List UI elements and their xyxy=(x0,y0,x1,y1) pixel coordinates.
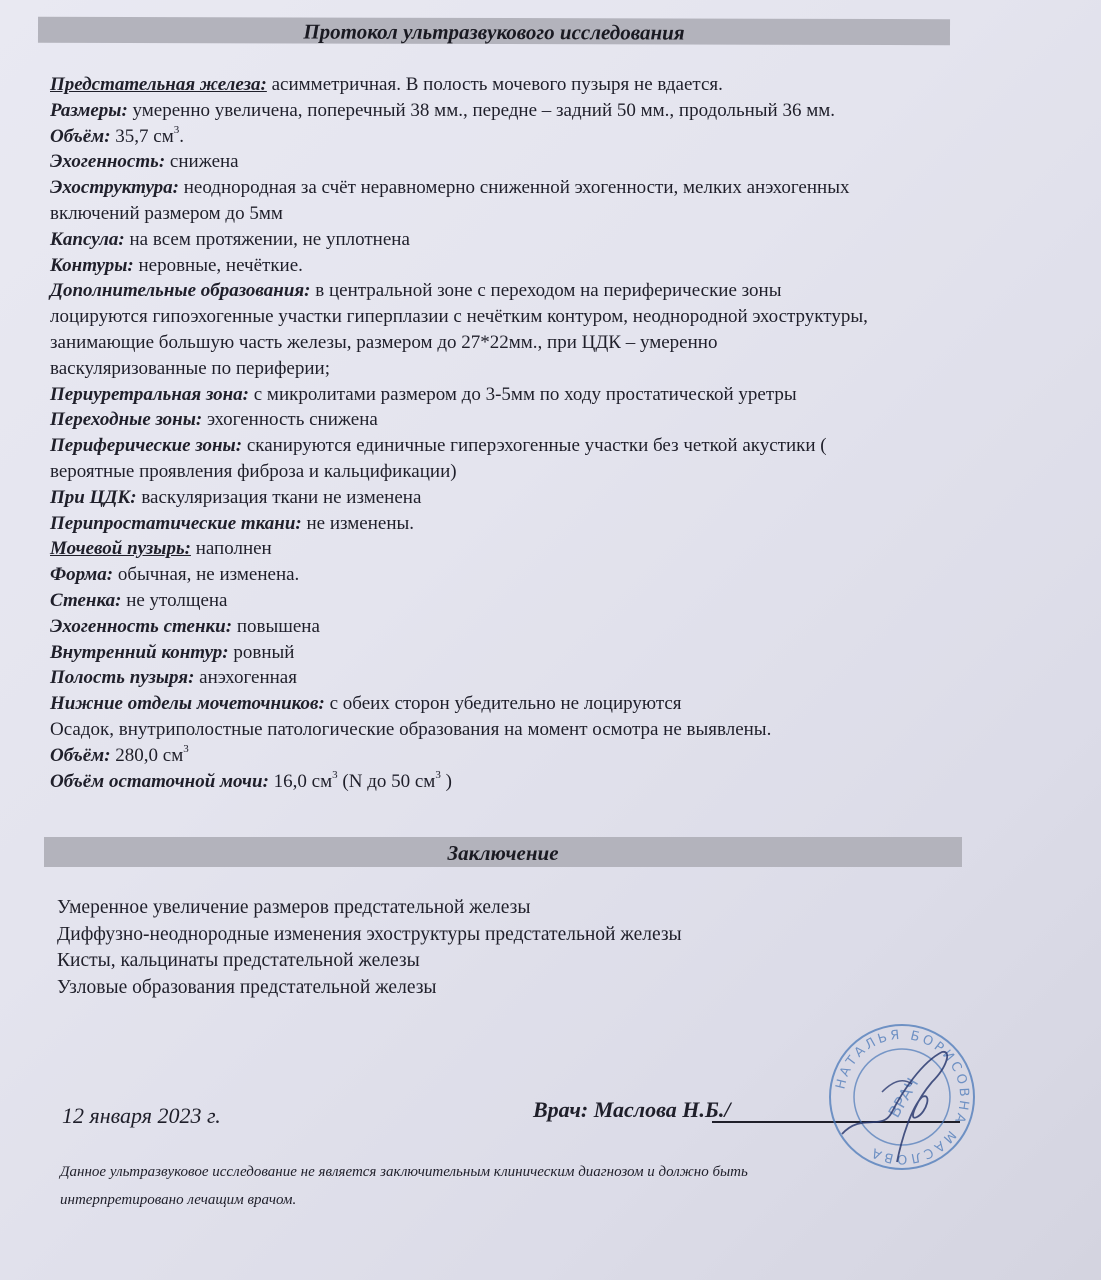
field-peripheral-zones: Периферические зоны: сканируются единичн… xyxy=(50,433,1090,459)
field-label: Эхогенность стенки: xyxy=(50,616,232,637)
disclaimer: Данное ультразвуковое исследование не яв… xyxy=(60,1158,748,1214)
field-continuation: лоцируются гипоэхогенные участки гиперпл… xyxy=(50,304,1090,330)
field-volume: Объём: 35,7 см3. xyxy=(50,124,1090,150)
field-value: неровные, нечёткие. xyxy=(134,255,303,276)
disclaimer-line: интерпретировано лечащим врачом. xyxy=(60,1186,748,1214)
field-value: с обеих сторон убедительно не лоцируются xyxy=(325,693,682,714)
field-periurethral-zone: Периуретральная зона: с микролитами разм… xyxy=(50,382,1090,408)
bladder-note: Осадок, внутриполостные патологические о… xyxy=(50,717,1090,743)
conclusion-item: Диффузно-неоднородные изменения эхострук… xyxy=(57,922,682,949)
field-capsule: Капсула: на всем протяжении, не уплотнен… xyxy=(50,227,1090,253)
field-echostructure: Эхоструктура: неоднородная за счёт нерав… xyxy=(50,175,1090,201)
field-label: Объём: xyxy=(50,126,111,147)
conclusion-list: Умеренное увеличение размеров предстател… xyxy=(57,895,682,1001)
doctor-name: Врач: Маслова Н.Б./ xyxy=(533,1097,730,1123)
ultrasound-report-page: Протокол ультразвукового исследования Пр… xyxy=(0,0,1101,1280)
field-value: эхогенность снижена xyxy=(202,409,378,430)
doctor-stamp-icon: НАТАЛЬЯ БОРИСОВНА МАСЛОВА ВРАЧ xyxy=(822,1022,982,1172)
field-label: Объём: xyxy=(50,745,111,766)
report-title-band: Протокол ультразвукового исследования xyxy=(38,17,950,45)
report-date: 12 января 2023 г. xyxy=(62,1103,221,1129)
field-size: Размеры: умеренно увеличена, поперечный … xyxy=(50,98,1090,124)
field-value: анэхогенная xyxy=(194,667,297,688)
field-label: Периферические зоны: xyxy=(50,435,242,456)
conclusion-item: Узловые образования предстательной желез… xyxy=(57,975,682,1002)
field-shape: Форма: обычная, не изменена. xyxy=(50,562,1090,588)
field-label: Эхоструктура: xyxy=(50,177,179,198)
field-value: умеренно увеличена, поперечный 38 мм., п… xyxy=(128,100,835,121)
field-bladder-volume: Объём: 280,0 см3 xyxy=(50,743,1090,769)
field-value: не изменены. xyxy=(302,513,414,534)
bladder-heading-line: Мочевой пузырь: наполнен xyxy=(50,536,1090,562)
field-value: ровный xyxy=(229,642,295,663)
field-label: Форма: xyxy=(50,564,113,585)
field-bladder-cavity: Полость пузыря: анэхогенная xyxy=(50,665,1090,691)
field-label: Полость пузыря: xyxy=(50,667,194,688)
field-label: Внутренний контур: xyxy=(50,642,229,663)
report-title: Протокол ультразвукового исследования xyxy=(303,20,684,45)
field-periprostatic-tissue: Перипростатические ткани: не изменены. xyxy=(50,511,1090,537)
field-transition-zones: Переходные зоны: эхогенность снижена xyxy=(50,407,1090,433)
field-value: неоднородная за счёт неравномерно снижен… xyxy=(179,177,849,198)
field-suffix: ) xyxy=(441,771,452,792)
field-label: При ЦДК: xyxy=(50,487,137,508)
field-value: 16,0 см xyxy=(269,771,332,792)
field-label: Переходные зоны: xyxy=(50,409,202,430)
field-value: повышена xyxy=(232,616,320,637)
superscript: 3 xyxy=(183,743,189,755)
field-contours: Контуры: неровные, нечёткие. xyxy=(50,253,1090,279)
conclusion-title-band: Заключение xyxy=(44,837,962,867)
prostate-heading-line: Предстательная железа: асимметричная. В … xyxy=(50,72,1090,98)
field-continuation: вероятные проявления фиброза и кальцифик… xyxy=(50,459,1090,485)
field-value: васкуляризация ткани не изменена xyxy=(137,487,422,508)
conclusion-item: Умеренное увеличение размеров предстател… xyxy=(57,895,682,922)
field-lower-ureters: Нижние отделы мочеточников: с обеих стор… xyxy=(50,691,1090,717)
field-value: обычная, не изменена. xyxy=(113,564,299,585)
field-continuation: васкуляризованные по периферии; xyxy=(50,356,1090,382)
field-label: Размеры: xyxy=(50,100,128,121)
conclusion-title: Заключение xyxy=(447,841,558,865)
field-value: с микролитами размером до 3-5мм по ходу … xyxy=(249,384,797,405)
bladder-heading-value: наполнен xyxy=(191,538,272,559)
field-label: Периуретральная зона: xyxy=(50,384,249,405)
field-value: на всем протяжении, не уплотнена xyxy=(125,229,410,250)
field-value: не утолщена xyxy=(121,590,227,611)
field-label: Эхогенность: xyxy=(50,151,165,172)
field-wall-echogenicity: Эхогенность стенки: повышена xyxy=(50,614,1090,640)
field-value: снижена xyxy=(165,151,238,172)
field-value: в центральной зоне с переходом на перифе… xyxy=(311,280,782,301)
field-label: Объём остаточной мочи: xyxy=(50,771,269,792)
field-label: Дополнительные образования: xyxy=(50,280,311,301)
field-echogenicity: Эхогенность: снижена xyxy=(50,149,1090,175)
disclaimer-line: Данное ультразвуковое исследование не яв… xyxy=(60,1158,748,1186)
field-inner-contour: Внутренний контур: ровный xyxy=(50,640,1090,666)
bladder-heading: Мочевой пузырь: xyxy=(50,538,191,559)
field-label: Перипростатические ткани: xyxy=(50,513,302,534)
field-continuation: занимающие большую часть железы, размеро… xyxy=(50,330,1090,356)
field-label: Стенка: xyxy=(50,590,121,611)
field-continuation: включений размером до 5мм xyxy=(50,201,1090,227)
field-label: Контуры: xyxy=(50,255,134,276)
prostate-heading-value: асимметричная. В полость мочевого пузыря… xyxy=(267,74,723,95)
field-value: 280,0 см xyxy=(111,745,184,766)
field-value: сканируются единичные гиперэхогенные уча… xyxy=(242,435,827,456)
field-value-norm: (N до 50 см xyxy=(338,771,436,792)
field-wall: Стенка: не утолщена xyxy=(50,588,1090,614)
field-suffix: . xyxy=(179,126,184,147)
field-cdk: При ЦДК: васкуляризация ткани не изменен… xyxy=(50,485,1090,511)
field-label: Капсула: xyxy=(50,229,125,250)
field-additional-formations: Дополнительные образования: в центрально… xyxy=(50,278,1090,304)
prostate-heading: Предстательная железа: xyxy=(50,74,267,95)
findings-section: Предстательная железа: асимметричная. В … xyxy=(50,72,1090,794)
field-label: Нижние отделы мочеточников: xyxy=(50,693,325,714)
field-residual-urine: Объём остаточной мочи: 16,0 см3 (N до 50… xyxy=(50,769,1090,795)
field-value: 35,7 см xyxy=(111,126,174,147)
conclusion-item: Кисты, кальцинаты предстательной железы xyxy=(57,948,682,975)
